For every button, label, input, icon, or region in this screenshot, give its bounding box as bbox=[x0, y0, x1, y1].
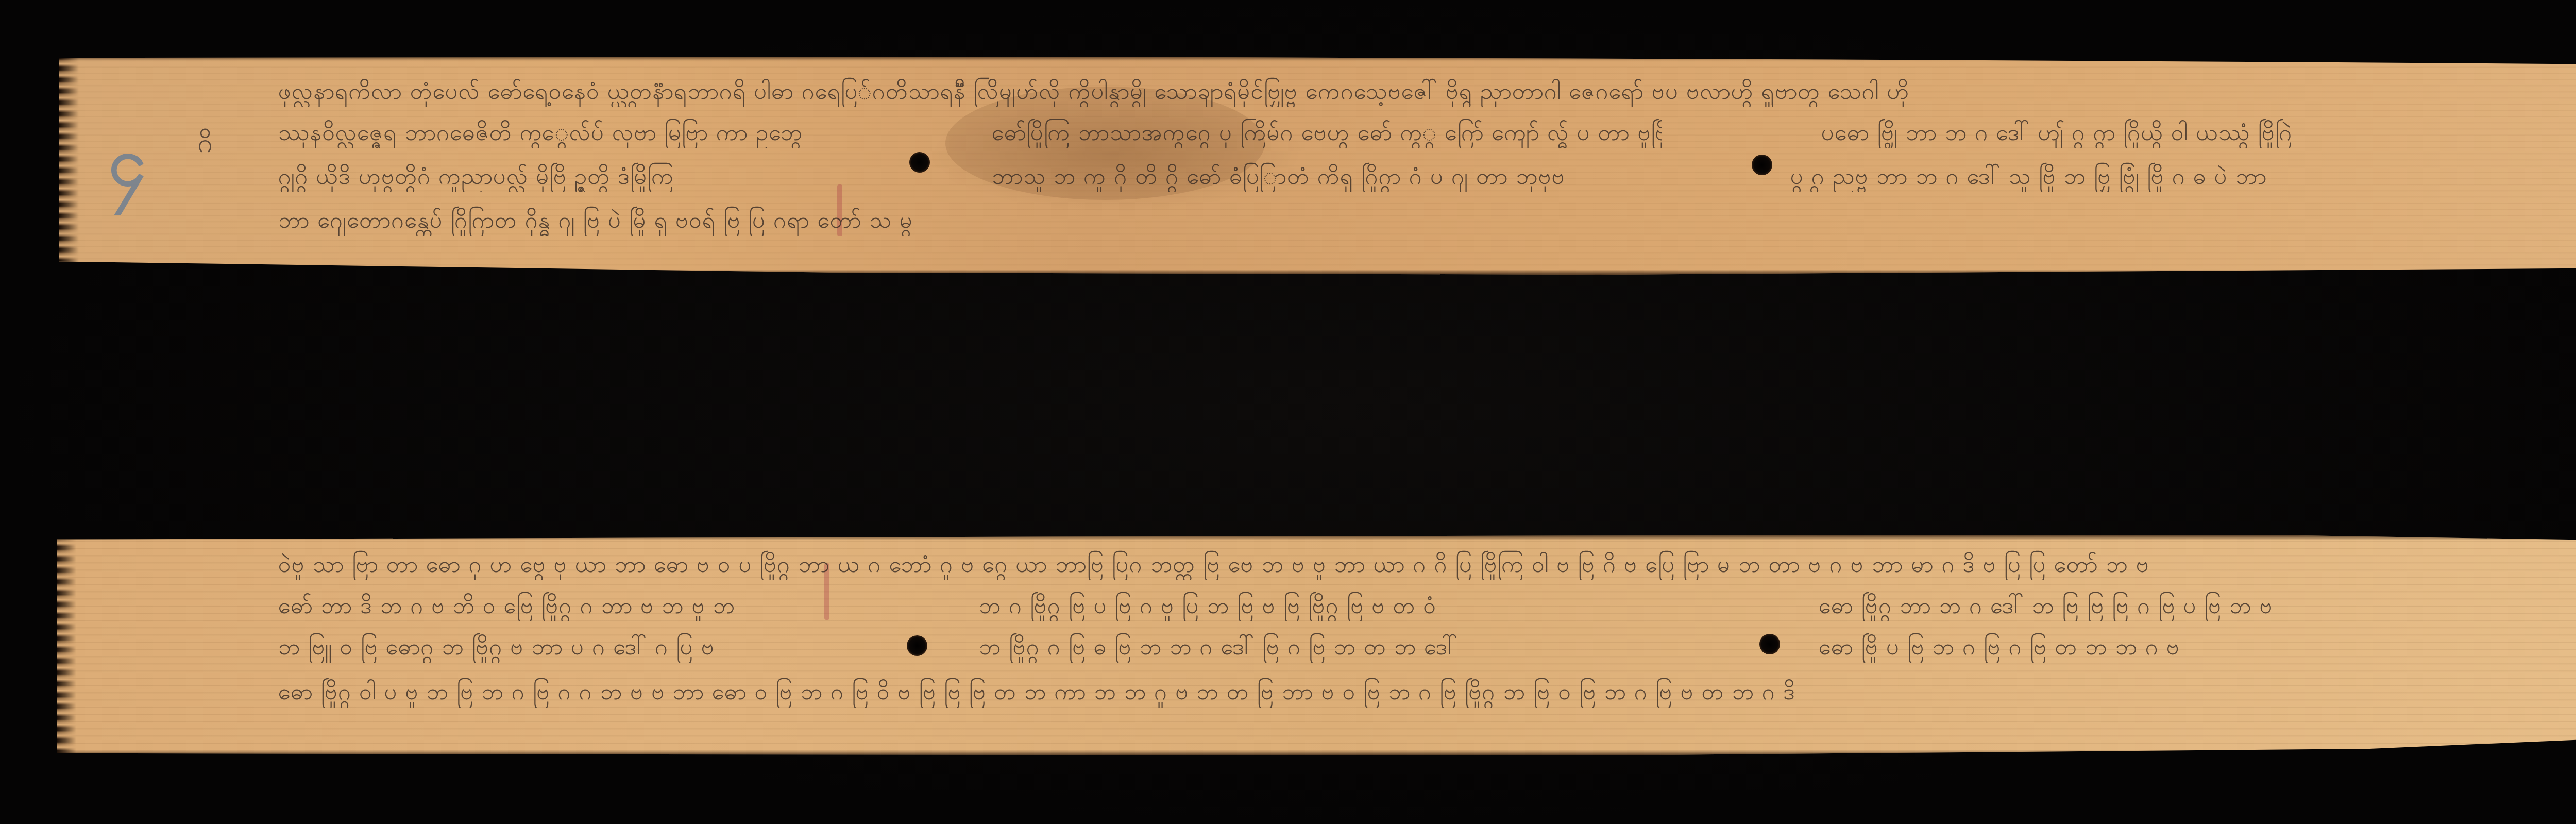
burnt-edge-left bbox=[59, 56, 79, 275]
manuscript-line-2-left: ဓော် ဘာ ဒိ ဘ ဂ ဗ ဘိ ဝ ဗြေ ဗြိုဂ္ဂ ဂ ဘာ ဗ… bbox=[278, 591, 824, 621]
manuscript-line-3-left: ဂ္ဂုဂ္ဂိ ယိုဒိ ဟုဗွတွိဂံ ကူညာပလ္လ် မိုဗြ… bbox=[278, 161, 845, 192]
manuscript-line-2-mid: ဘ ဂ ဗြိုဂ္ဂ ဗြ ပ ဗြ ဂ ဗူ ပြ ဘ ဗြ ဗ ဗြ ဗြ… bbox=[979, 591, 1628, 621]
string-hole-left bbox=[909, 152, 930, 173]
string-hole-left bbox=[907, 635, 927, 656]
manuscript-line-3-mid: ဘာသူ ဘ ကူ ဂို တိ ဂွိ ဓော် ဓံပြြာတံ ကိရှ … bbox=[992, 161, 1662, 192]
manuscript-line-3-right: ဓော ဗြို ပ ဗြ ဘ ဂ ဗြ ဂ ဗြ တ ဘ ဘ ဂ ဗ bbox=[1819, 632, 2383, 663]
manuscript-line-2-right: ပဓော ဗ္ဂြို ဘာ ဘ ဂ ဒေါ် ဟျ် ဂွ ဂ္ဂာ ဂြို… bbox=[1821, 117, 2396, 148]
palm-leaf-folio-bottom: ဝဲဗူ သာ ဗြာ တာ ဓော ဂှ ဟ ဗွေ ဗှ ယာ ဘာ ဓော… bbox=[57, 535, 2576, 755]
manuscript-line-2-left: ဿုနဝိလ္လဇ္ဇေရ ဘာဂဓေဇိတိ ကွ္ဂေလ်ပ် လုဗာ မ… bbox=[278, 117, 845, 148]
manuscript-line-3-left: ဘ ဗြူ ဝ ဗြ ဓောဂ္ဂ ဘ ဗြိုဂ္ဂ ဗ ဘာ ပ ဂ ဒေါ… bbox=[278, 632, 824, 663]
string-hole-right bbox=[1752, 155, 1772, 175]
page-marker-blue: ၄ bbox=[108, 128, 146, 195]
manuscript-line-2-right: ဓော ဗြိုဂ္ဂ ဘာ ဘ ဂ ဒေါ် ဘ ဗြ ဗြ ဗြ ဂ ဗြ … bbox=[1819, 591, 2383, 621]
manuscript-line-2-mid: ဓော်ပြိုကြ ဘာသာအကွဂ္ဂေ ပု ကြိမ်ဂ ဗေဟ္ဂ ဓ… bbox=[992, 117, 1662, 148]
manuscript-line-3-mid: ဘ ဗြိုဂ္ဂ ဂ ဗြ ဓ ဗြ ဘ ဘ ဂ ဒေါ် ဗြ ဂ ဗြ ဘ… bbox=[979, 632, 1628, 663]
manuscript-line-1: ဝဲဗူ သာ ဗြာ တာ ဓော ဂှ ဟ ဗွေ ဗှ ယာ ဘာ ဓော… bbox=[278, 549, 2383, 580]
manuscript-line-1: ဖုလ္လနာရကိလာ တုံပေလ် ဓော်ရေ့ဝနေဝံ ယ္ယွတန… bbox=[278, 76, 2396, 107]
palm-leaf-folio-top: ၄ ဂိ ဖုလ္လနာရကိလာ တုံပေလ် ဓော်ရေ့ဝနေဝံ ယ… bbox=[59, 56, 2576, 275]
manuscript-line-4: ဓော ဗြိုဂ္ဂ ဝါ ပ ဗူ ဘ ဗြ ဘ ဂ ဗြ ဂ ဂ ဘ ဗ … bbox=[278, 677, 2383, 708]
burnt-edge-left bbox=[57, 535, 76, 755]
manuscript-line-3-right: ပ္ဂွ ဂ ညဗ္ဗ ဘာ ဘ ဂ ဒေါ် သူ ဗြို ဘ ဗြှ ဗြ… bbox=[1790, 161, 2396, 192]
leaf-number: ဂိ bbox=[197, 128, 213, 159]
string-hole-right bbox=[1759, 634, 1780, 654]
manuscript-line-4: ဘာ ဂျေတောဂန္တေပ် ဂြိုဂြာတ ဂိုန္ဓ ဂျ ဗြ ပ… bbox=[278, 205, 2396, 236]
